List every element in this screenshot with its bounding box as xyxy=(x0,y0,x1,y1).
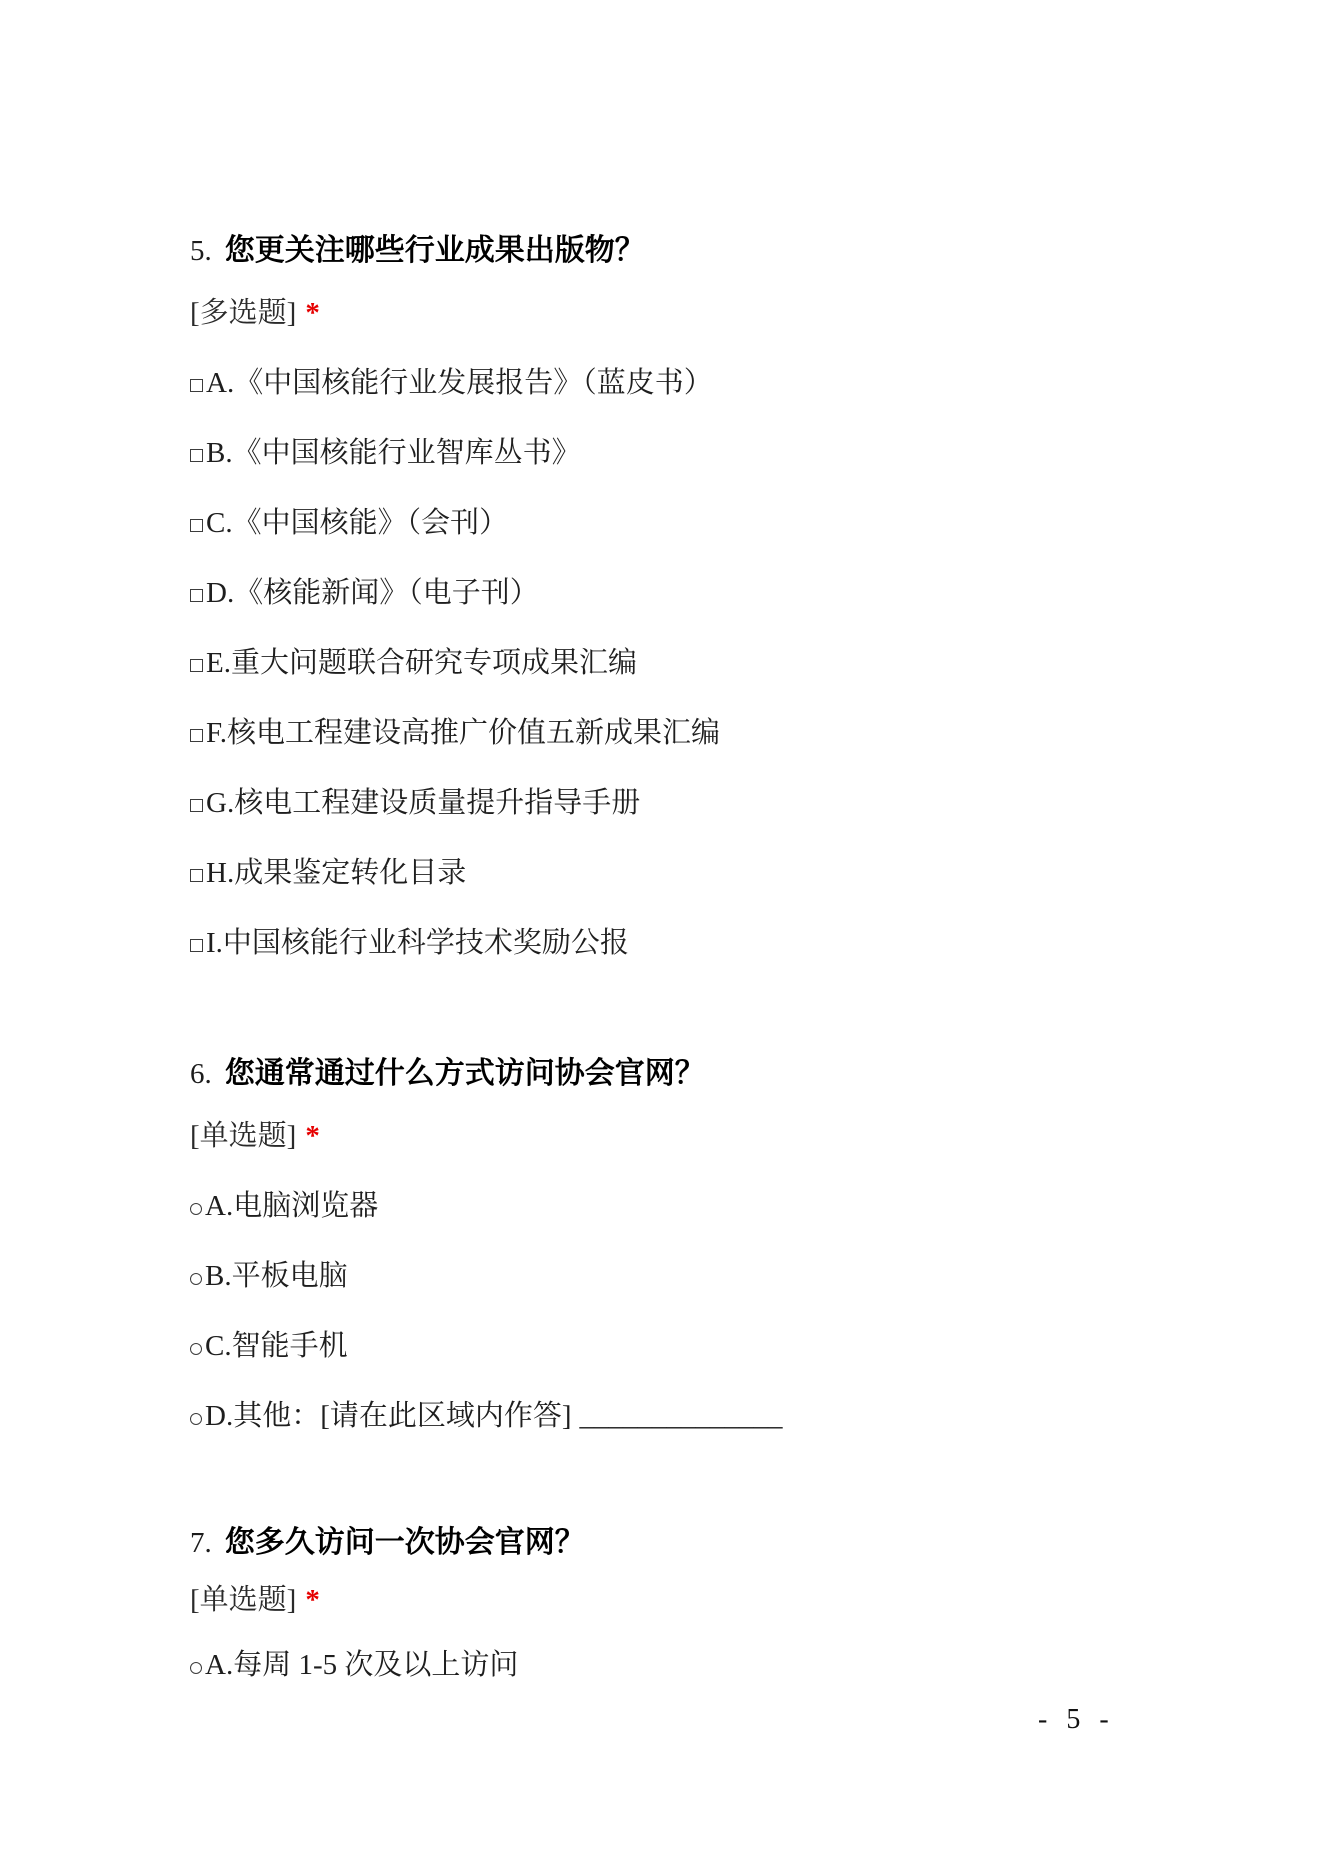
option-label: A.电脑浏览器 xyxy=(205,1190,378,1222)
question-5-title: 5.您更关注哪些行业成果出版物？ xyxy=(190,233,1190,269)
checkbox-option: F.核电工程建设高推广价值五新成果汇编 xyxy=(190,716,1190,750)
checkbox-option: C.《中国核能》（会刊） xyxy=(190,506,1190,540)
radio-option: A.每周 1-5 次及以上访问 xyxy=(190,1648,1190,1682)
checkbox-option: G.核电工程建设质量提升指导手册 xyxy=(190,786,1190,820)
option-label: C.智能手机 xyxy=(205,1330,348,1362)
checkbox-option: A.《中国核能行业发展报告》（蓝皮书） xyxy=(190,366,1190,400)
radio-option: C.智能手机 xyxy=(190,1329,1190,1363)
checkbox-icon xyxy=(190,799,203,812)
checkbox-option: I.中国核能行业科学技术奖励公报 xyxy=(190,926,1190,960)
checkbox-option: D.《核能新闻》（电子刊） xyxy=(190,576,1190,610)
radio-option: A.电脑浏览器 xyxy=(190,1189,1190,1223)
checkbox-icon xyxy=(190,939,203,952)
required-asterisk: * xyxy=(305,1120,320,1152)
page-number: - 5 - xyxy=(1038,1704,1115,1736)
type-label: [多选题] xyxy=(190,297,296,329)
option-label: D.《核能新闻》（电子刊） xyxy=(206,577,539,609)
option-label: F.核电工程建设高推广价值五新成果汇编 xyxy=(206,717,720,749)
checkbox-icon xyxy=(190,379,203,392)
question-text: 您更关注哪些行业成果出版物？ xyxy=(225,234,645,267)
question-5: 5.您更关注哪些行业成果出版物？ [多选题]* A.《中国核能行业发展报告》（蓝… xyxy=(190,233,1190,960)
option-label: E.重大问题联合研究专项成果汇编 xyxy=(206,647,637,679)
question-6-type: [单选题]* xyxy=(190,1119,1190,1153)
option-label: D.其他：[请在此区域内作答] xyxy=(205,1400,572,1432)
option-label: B.《中国核能行业智库丛书》 xyxy=(206,437,581,469)
question-number: 5. xyxy=(190,235,212,267)
question-text: 您多久访问一次协会官网？ xyxy=(225,1526,585,1559)
option-label: B.平板电脑 xyxy=(205,1260,348,1292)
question-text: 您通常通过什么方式访问协会官网？ xyxy=(225,1057,705,1090)
question-7-title: 7.您多久访问一次协会官网？ xyxy=(190,1525,1190,1561)
answer-blank: ______________ xyxy=(580,1400,783,1432)
question-7: 7.您多久访问一次协会官网？ [单选题]* A.每周 1-5 次及以上访问 xyxy=(190,1525,1190,1682)
required-asterisk: * xyxy=(305,1584,320,1616)
radio-icon xyxy=(190,1662,202,1674)
checkbox-option: H.成果鉴定转化目录 xyxy=(190,856,1190,890)
question-5-type: [多选题]* xyxy=(190,296,1190,330)
radio-option: D.其他：[请在此区域内作答]______________ xyxy=(190,1399,1190,1433)
option-label: H.成果鉴定转化目录 xyxy=(206,857,466,889)
option-label: A.《中国核能行业发展报告》（蓝皮书） xyxy=(206,367,713,399)
required-asterisk: * xyxy=(305,297,320,329)
checkbox-icon xyxy=(190,519,203,532)
radio-icon xyxy=(190,1413,202,1425)
checkbox-option: B.《中国核能行业智库丛书》 xyxy=(190,436,1190,470)
checkbox-icon xyxy=(190,659,203,672)
type-label: [单选题] xyxy=(190,1120,296,1152)
checkbox-icon xyxy=(190,589,203,602)
checkbox-icon xyxy=(190,729,203,742)
type-label: [单选题] xyxy=(190,1584,296,1616)
radio-icon xyxy=(190,1203,202,1215)
checkbox-icon xyxy=(190,449,203,462)
question-number: 6. xyxy=(190,1058,212,1090)
radio-option: B.平板电脑 xyxy=(190,1259,1190,1293)
radio-icon xyxy=(190,1343,202,1355)
document-page: 5.您更关注哪些行业成果出版物？ [多选题]* A.《中国核能行业发展报告》（蓝… xyxy=(0,0,1323,1871)
option-label: I.中国核能行业科学技术奖励公报 xyxy=(206,927,629,959)
checkbox-icon xyxy=(190,869,203,882)
option-label: G.核电工程建设质量提升指导手册 xyxy=(206,787,640,819)
option-label: C.《中国核能》（会刊） xyxy=(206,507,508,539)
question-number: 7. xyxy=(190,1527,212,1559)
question-6-title: 6.您通常通过什么方式访问协会官网？ xyxy=(190,1056,1190,1092)
survey-content: 5.您更关注哪些行业成果出版物？ [多选题]* A.《中国核能行业发展报告》（蓝… xyxy=(190,233,1190,1682)
option-label: A.每周 1-5 次及以上访问 xyxy=(205,1649,518,1681)
question-7-type: [单选题]* xyxy=(190,1583,1190,1617)
radio-icon xyxy=(190,1273,202,1285)
question-6: 6.您通常通过什么方式访问协会官网？ [单选题]* A.电脑浏览器 B.平板电脑… xyxy=(190,1056,1190,1433)
checkbox-option: E.重大问题联合研究专项成果汇编 xyxy=(190,646,1190,680)
